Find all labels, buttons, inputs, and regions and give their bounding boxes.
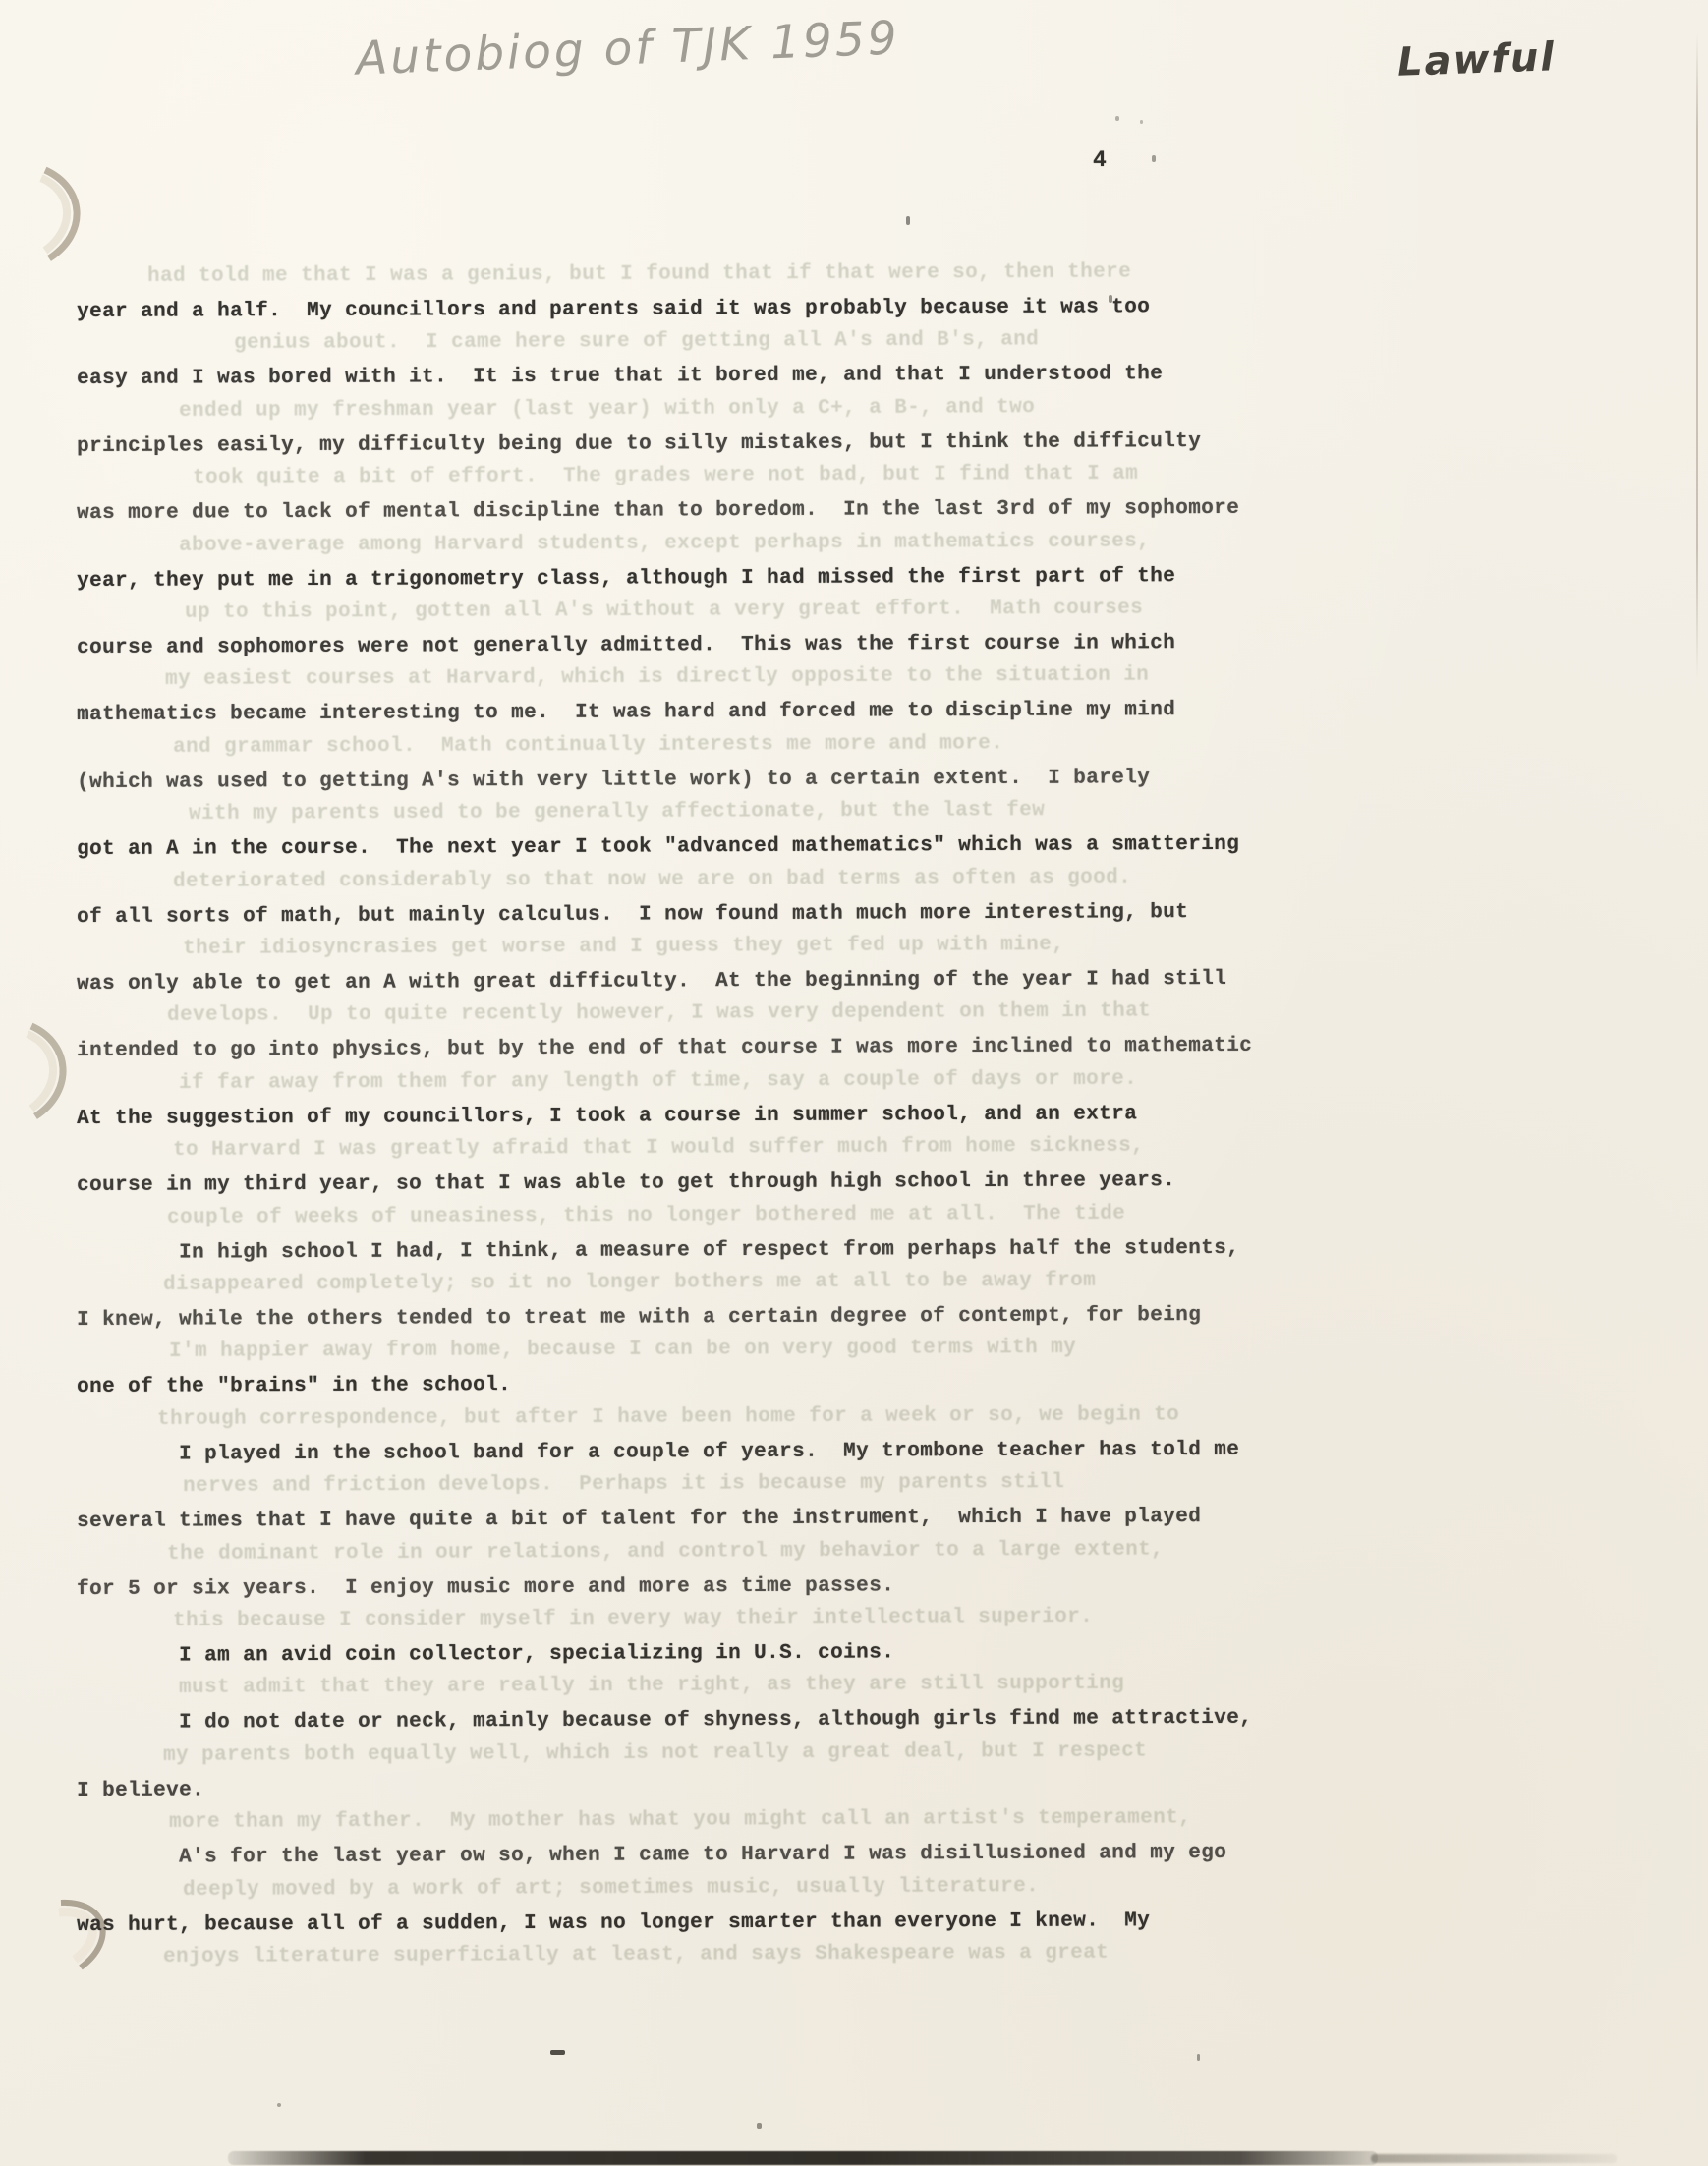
bleedthrough-line: my parents both equally well, which is n… bbox=[163, 1739, 1147, 1767]
hole-punch-crescent bbox=[28, 162, 96, 265]
bleedthrough-line: disappeared completely; so it no longer … bbox=[163, 1270, 1096, 1297]
bleedthrough-line: and grammar school. Math continually int… bbox=[173, 732, 1003, 760]
typed-line: several times that I have quite a bit of… bbox=[77, 1506, 1201, 1534]
bleedthrough-line: ended up my freshman year (last year) wi… bbox=[179, 396, 1035, 424]
ink-speck bbox=[1140, 120, 1143, 124]
typed-line: principles easily, my difficulty being d… bbox=[77, 430, 1201, 459]
typed-line: (which was used to getting A's with very… bbox=[77, 767, 1150, 795]
page-number: 4 bbox=[1093, 147, 1107, 173]
bleedthrough-line: nerves and friction develops. Perhaps it… bbox=[183, 1471, 1064, 1499]
bleedthrough-line: develops. Up to quite recently however, … bbox=[167, 1000, 1151, 1028]
handwritten-lawful-note: Lawful bbox=[1396, 34, 1557, 85]
typed-line: At the suggestion of my councillors, I t… bbox=[77, 1103, 1137, 1131]
typed-line: one of the "brains" in the school. bbox=[77, 1374, 511, 1399]
typed-line: got an A in the course. The next year I … bbox=[77, 833, 1239, 862]
bleedthrough-line: more than my father. My mother has what … bbox=[169, 1807, 1191, 1836]
typed-line: for 5 or six years. I enjoy music more a… bbox=[77, 1574, 894, 1602]
ink-speck bbox=[1115, 116, 1119, 121]
bleedthrough-line: genius about. I came here sure of gettin… bbox=[234, 329, 1039, 357]
typed-line: course and sophomores were not generally… bbox=[77, 632, 1175, 660]
typed-line: I believe. bbox=[77, 1779, 204, 1803]
ink-speck bbox=[757, 2123, 762, 2129]
typed-line: year, they put me in a trigonometry clas… bbox=[77, 565, 1175, 594]
hole-punch-top bbox=[28, 162, 96, 270]
typed-line: I knew, while the others tended to treat… bbox=[77, 1304, 1201, 1333]
typed-line: In high school I had, I think, a measure… bbox=[77, 1236, 1239, 1265]
typed-line: of all sorts of math, but mainly calculu… bbox=[77, 901, 1188, 930]
scanned-document-page: Autobiog of TJK 1959 Lawful 4 had told m… bbox=[0, 0, 1708, 2166]
typed-line: was only able to get an A with great dif… bbox=[77, 968, 1226, 997]
bleedthrough-line: with my parents used to be generally aff… bbox=[189, 799, 1045, 826]
typed-line: year and a half. My councillors and pare… bbox=[77, 296, 1150, 324]
typed-line: I do not date or neck, mainly because of… bbox=[77, 1707, 1252, 1736]
bleedthrough-line: my easiest courses at Harvard, which is … bbox=[165, 664, 1149, 692]
ink-speck bbox=[1197, 2054, 1200, 2061]
scan-edge-line bbox=[1696, 31, 1698, 680]
hole-punch-middle bbox=[16, 1020, 85, 1128]
ink-speck bbox=[1152, 155, 1156, 162]
bleedthrough-line: above-average among Harvard students, ex… bbox=[179, 530, 1150, 557]
ink-speck bbox=[1109, 295, 1112, 303]
bleedthrough-line: I'm happier away from home, because I ca… bbox=[169, 1337, 1076, 1364]
bleedthrough-line: through correspondence, but after I have… bbox=[157, 1403, 1179, 1432]
bleedthrough-line: took quite a bit of effort. The grades w… bbox=[193, 463, 1138, 490]
typed-line: intended to go into physics, but by the … bbox=[77, 1035, 1252, 1063]
bleedthrough-line: enjoys literature superficially at least… bbox=[163, 1942, 1109, 1969]
bleedthrough-line: had told me that I was a genius, but I f… bbox=[147, 261, 1131, 289]
bleedthrough-line: must admit that they are really in the r… bbox=[179, 1673, 1124, 1700]
bleedthrough-line: deeply moved by a work of art; sometimes… bbox=[183, 1875, 1039, 1903]
bleedthrough-line: their idiosyncrasies get worse and I gue… bbox=[183, 934, 1064, 961]
typed-line: was more due to lack of mental disciplin… bbox=[77, 497, 1239, 526]
scan-bottom-band-faint bbox=[1371, 2154, 1617, 2163]
bleedthrough-line: to Harvard I was greatly afraid that I w… bbox=[173, 1135, 1144, 1163]
typed-line: course in my third year, so that I was a… bbox=[77, 1169, 1175, 1198]
bleedthrough-line: the dominant role in our relations, and … bbox=[167, 1538, 1164, 1566]
typed-line: was hurt, because all of a sudden, I was… bbox=[77, 1909, 1150, 1938]
typed-line: mathematics became interesting to me. It… bbox=[77, 700, 1175, 728]
typed-line: easy and I was bored with it. It is true… bbox=[77, 364, 1163, 392]
hole-punch-crescent bbox=[16, 1020, 85, 1123]
ink-speck bbox=[906, 216, 910, 225]
bleedthrough-line: couple of weeks of uneasiness, this no l… bbox=[167, 1202, 1125, 1229]
typed-line: I am an avid coin collector, specializin… bbox=[77, 1641, 894, 1669]
scan-bottom-band bbox=[228, 2151, 1378, 2165]
bleedthrough-line: if far away from them for any length of … bbox=[179, 1068, 1137, 1096]
bleedthrough-line: deteriorated considerably so that now we… bbox=[173, 866, 1131, 893]
typed-line: I played in the school band for a couple… bbox=[77, 1439, 1239, 1467]
ink-speck bbox=[277, 2103, 281, 2107]
handwritten-title-annotation: Autobiog of TJK 1959 bbox=[355, 11, 900, 85]
typed-line: A's for the last year ow so, when I came… bbox=[77, 1842, 1226, 1870]
bleedthrough-line: this because I consider myself in every … bbox=[173, 1606, 1093, 1633]
ink-speck bbox=[550, 2050, 565, 2055]
bleedthrough-line: up to this point, gotten all A's without… bbox=[185, 598, 1143, 625]
